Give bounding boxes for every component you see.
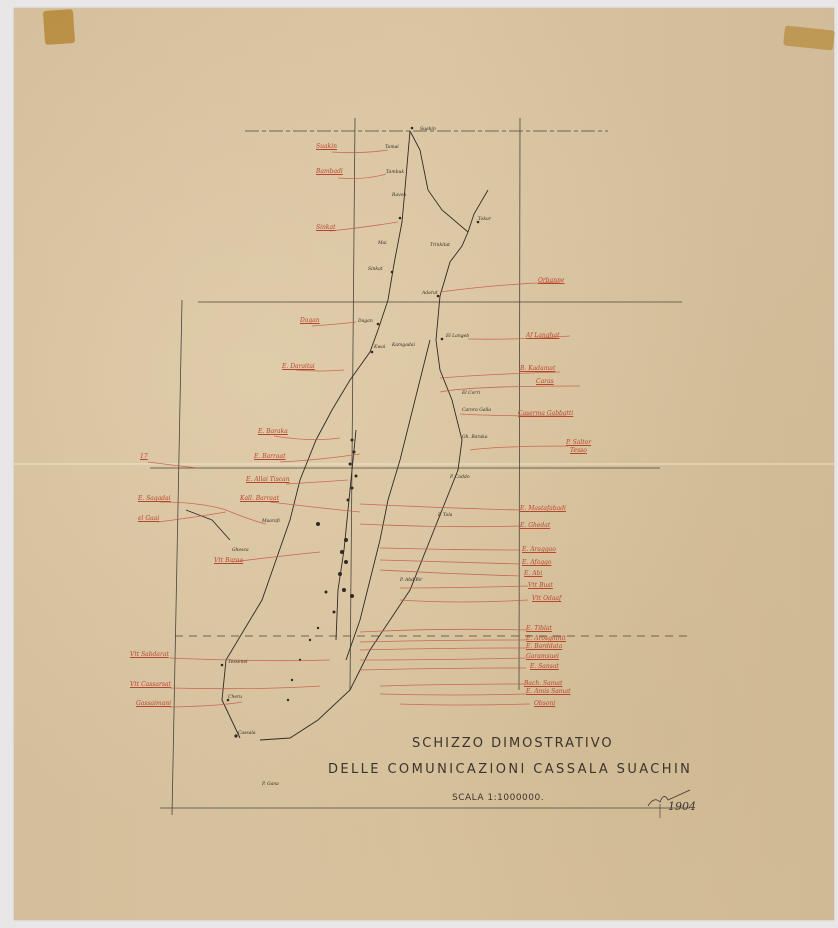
place-label: El Langeb [446, 334, 469, 339]
place-label: Maarafi [262, 519, 280, 524]
red-annotation-label: Vtt Odaaf [532, 595, 561, 602]
red-annotation-label: Dagan [300, 317, 320, 324]
place-label: Sinkat [368, 267, 383, 272]
red-annotation-label: Caras [536, 378, 554, 385]
map-title-line-2: DELLE COMUNICAZIONI CASSALA SUACHIN [328, 762, 692, 777]
place-label: Ghesca [232, 548, 249, 553]
place-label: Gh. Baraka [462, 435, 488, 440]
place-label: P. Tola [438, 513, 452, 518]
red-annotation-label: Vtt Cassarsat [130, 681, 171, 688]
red-annotation-label: Obsoni [534, 700, 555, 707]
place-label: Raveh [392, 193, 406, 198]
place-label: Cassala [238, 731, 256, 736]
red-annotation-label: E. Amis Samat [526, 688, 571, 695]
red-annotation-label: E. Mastafabadi [520, 505, 566, 512]
red-annotation-label: Vtt Baraa [214, 557, 243, 564]
place-label: Dagan [358, 319, 373, 324]
red-annotation-label: E. Araggao [522, 546, 556, 553]
map-drawing [0, 0, 838, 928]
red-annotation-label: Tesso [570, 447, 587, 454]
red-annotation-label: Gassaimani [136, 700, 171, 707]
red-annotation-label: E. Barraat [254, 453, 285, 460]
place-label: Adarut [422, 291, 438, 296]
red-annotation-label: el Gaai [138, 515, 159, 522]
place-label: Kamgadai [392, 343, 415, 348]
red-annotation-label: E. Afaggo [522, 559, 552, 566]
red-annotation-label: 17 [140, 453, 148, 460]
red-annotation-label: E. Arosghinit [526, 635, 566, 642]
place-label: P. Abd Bir [400, 578, 422, 583]
annotation-leaders [148, 150, 580, 707]
map-year: 1904 [668, 800, 696, 813]
red-annotation-label: Bambadi [316, 168, 343, 175]
red-annotation-label: E. Baraka [258, 428, 288, 435]
place-label: Cheru [228, 695, 242, 700]
place-label: P. Caddo [450, 475, 470, 480]
red-annotation-label: E. Abi [524, 570, 542, 577]
place-label: Carora Galla [462, 408, 491, 413]
red-annotation-label: Garamsuei [526, 653, 559, 660]
red-annotation-label: Bach. Samat [524, 680, 562, 687]
red-annotation-label: Kall. Barraat [240, 495, 279, 502]
map-scale: SCALA 1:1000000. [452, 793, 544, 803]
graticule [150, 118, 690, 815]
place-label: Kwai [374, 345, 385, 350]
red-annotation-label: E. Barddata [526, 643, 562, 650]
red-annotation-label: B. Kadamat [520, 365, 555, 372]
red-annotation-label: E. Allai Tiscan [246, 476, 290, 483]
red-annotation-label: Caserma Gabbatti [518, 410, 573, 417]
red-annotation-label: Sinkat [316, 224, 336, 231]
red-annotation-label: E. Tiblat [526, 625, 552, 632]
red-annotation-label: E. Sagadai [138, 495, 171, 502]
place-label: El Corri [462, 391, 480, 396]
place-label: P. Gana [262, 782, 279, 787]
place-label: Tamai [385, 145, 399, 150]
red-annotation-label: E. Sansat [530, 663, 559, 670]
red-annotation-label: Vtt Bust [528, 582, 553, 589]
red-annotation-label: E. Ghedat [520, 522, 550, 529]
place-label: Tessenei [228, 660, 248, 665]
map-title-line-1: SCHIZZO DIMOSTRATIVO [412, 736, 614, 751]
red-annotation-label: E. Daraitai [282, 363, 315, 370]
place-label: Mai [378, 241, 387, 246]
red-annotation-label: P. Saltor [566, 439, 591, 446]
red-annotation-label: Vtt Sabdarat [130, 651, 169, 658]
place-label: Suakin [420, 127, 436, 132]
place-label: Tambuk [386, 170, 404, 175]
red-annotation-label: Suakin [316, 143, 337, 150]
place-label: Trinkitat [430, 243, 450, 248]
red-annotation-label: Af Langhat [526, 332, 559, 339]
place-label: Tokar [478, 217, 491, 222]
red-annotation-label: Orbanne [538, 277, 564, 284]
